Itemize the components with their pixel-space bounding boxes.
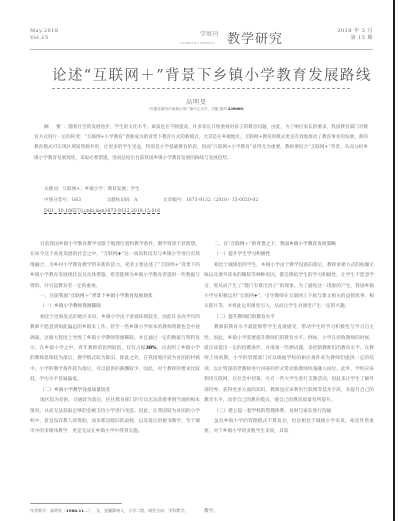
subsection-heading-1-1: （一）乡镇小学教师资源稀缺 — [30, 302, 200, 312]
journal-section-title: 教学研究 — [227, 28, 283, 47]
running-header: May.2018 Vol.15 学周刊 LEARNING WEEKLY 教学研究… — [30, 27, 373, 50]
left-column: 目前我国乡镇小学教育教学受限于地理位置和教学条件，教学效果不甚理想。在如今这个高… — [30, 240, 200, 438]
subsection-heading-2-1: （一）提升学生学习积极性 — [204, 250, 374, 260]
header-volume: Vol.15 — [30, 35, 59, 42]
article-number: 文章编号：1673-9132（2018）15-0020-02 — [163, 197, 258, 203]
header-date-en: May.2018 — [30, 28, 59, 35]
classification-line: 中图分类号：G63 文献标识码：A 文章编号：1673-9132（2018）15… — [44, 197, 258, 203]
abstract-text: ：随着社会的发展进步，学生的文化水平、素质也在不断提高，许多家长开始重视对孩子的… — [34, 125, 368, 161]
header-issue-info: 2018 年 5 月 第 15 期 — [337, 28, 373, 42]
affiliation-text: （安徽省滁州市南谯区章广镇中心小学，安徽 滁州 — [147, 107, 228, 111]
intro-paragraph: 目前我国乡镇小学教育教学受限于地理位置和教学条件，教学效果不甚理想。在如今这个高… — [30, 240, 200, 292]
paragraph-2-1: 相比于城镇里的学生，乡镇小学由于教学设备的落后，教师讲课方式的枯燥无味以及课外读… — [204, 261, 374, 313]
article-author: 高明旻 — [0, 97, 393, 106]
subsection-heading-2-3: （三）建立起一套学校的管理体系，及时与家长进行沟通 — [204, 407, 374, 417]
subsection-heading-2-2: （二）提升教师们的教育水平 — [204, 313, 374, 323]
journal-name-english: LEARNING WEEKLY — [180, 41, 215, 45]
viewer-edge — [393, 0, 399, 521]
doi-link[interactable]: DOI：10.16657/j.cnki.issn1673-9132.2018.1… — [44, 208, 160, 214]
header-volume-info: May.2018 Vol.15 — [30, 28, 59, 42]
right-column: 二、在“互联网＋”的背景之下，我国乡镇小学教育发展策略 （一）提升学生学习积极性… — [204, 240, 374, 438]
author-affiliation: （安徽省滁州市南谯区章广镇中心小学，安徽 滁州 239000） — [0, 107, 393, 112]
header-issue: 第 15 期 — [337, 35, 373, 42]
footnote-divider — [30, 503, 122, 504]
author-footnote: 作者简介：高明旻（1986.11—），女，安徽滁州人，小学二级，研究方向：学科教… — [30, 508, 188, 514]
paragraph-1-2: 地区较为贫困，交通较为落后，往往教育部门的专员无法获悉事情当地的根本情况，从而无… — [30, 396, 200, 438]
clc-number: 中图分类号：G63 — [44, 197, 81, 203]
abstract-block: 摘 要：随着社会的发展进步，学生的文化水平、素质也在不断提高，许多家长开始重视对… — [34, 123, 368, 164]
paragraph-2-3: 虽说乡镇小学的管理模式不算复杂，但是相比于城镇小学来说，却是件常重要。对于乡镇小… — [204, 417, 374, 438]
keywords: 关键词：互联网+；乡镇小学；教育发展；学生 — [44, 186, 140, 192]
birth-date: 1986.11 — [66, 508, 84, 513]
article-title: 论述“互联网＋”背景下乡镇小学教育发展路线 — [52, 64, 350, 89]
section-heading-2: 二、在“互联网＋”的背景之下，我国乡镇小学教育发展策略 — [204, 240, 374, 250]
subsection-heading-1-2: （二）乡镇小学教学设备质量较差 — [30, 386, 200, 396]
paragraph-1-1: 相比于沿海发达的地区来说，乡镇小学由于客观环境较差，因此许多高学历的教师不愿意到… — [30, 313, 200, 386]
journal-page: May.2018 Vol.15 学周刊 LEARNING WEEKLY 教学研究… — [0, 0, 393, 521]
abstract-label: 摘 要 — [44, 125, 64, 130]
document-code: 文献标识码：A — [107, 197, 138, 203]
section-heading-1: 一、目前我国“互联网＋”背景下乡镇小学教育发展现状 — [30, 292, 200, 302]
column-continuation: 教学。 — [204, 508, 218, 514]
affiliation-zip: 239000 — [228, 107, 243, 111]
paragraph-2-2: 教师的教育水平最能够带学生直观感受，带动学生的学习积极性与学习自主性。因此，乡镇… — [204, 323, 374, 406]
journal-name-small: 学周刊 — [200, 29, 218, 38]
header-date-cn: 2018 年 5 月 — [337, 28, 373, 35]
affiliation-end: ） — [243, 107, 247, 111]
